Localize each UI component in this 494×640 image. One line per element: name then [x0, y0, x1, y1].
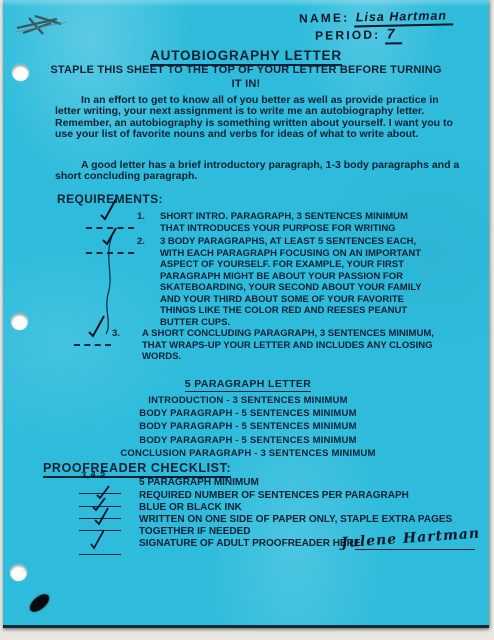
fill-in-blank: [79, 508, 121, 519]
period-value: 7: [385, 25, 402, 44]
fill-in-blank: [79, 544, 121, 555]
checklist-heading: PROOFREADER CHECKLIST:: [43, 461, 231, 478]
name-value: Lisa Hartman: [354, 8, 454, 27]
requirement-item-2: 2. 3 BODY PARAGRAPHS, AT LEAST 5 SENTENC…: [3, 236, 489, 248]
item-number: 2.: [137, 236, 145, 247]
five-paragraph-heading: 5 PARAGRAPH LETTER: [23, 378, 473, 392]
item-text: SHORT INTRO. PARAGRAPH, 3 SENTENCES MINI…: [160, 211, 432, 234]
fill-in-blank: [86, 242, 134, 254]
staple-mark-icon: [13, 12, 71, 45]
fill-in-blank: [79, 483, 121, 494]
item-text: 3 BODY PARAGRAPHS, AT LEAST 5 SENTENCES …: [160, 236, 432, 328]
item-text: BLUE OR BLACK INK: [139, 502, 469, 514]
name-label: NAME:: [299, 11, 350, 26]
name-row: NAME: Lisa Hartman: [299, 6, 453, 27]
period-row: PERIOD: 7: [315, 25, 402, 45]
blue-paper-sheet: NAME: Lisa Hartman PERIOD: 7 AUTOBIOGRAP…: [3, 0, 489, 628]
requirement-item-3: 3. A SHORT CONCLUDING PARAGRAPH, 3 SENTE…: [3, 328, 489, 340]
intro-paragraph-2: A good letter has a brief introductory p…: [55, 160, 461, 183]
handwritten-annotation: 3,4,5: [81, 468, 107, 480]
item-number: 3.: [112, 328, 120, 339]
item-number: 1.: [137, 211, 145, 222]
structure-line: BODY PARAGRAPH - 5 SENTENCES MINIMUM: [23, 434, 473, 447]
scanned-assignment-sheet: { "header": { "name_label": "NAME:", "na…: [0, 0, 494, 640]
item-text: REQUIRED NUMBER OF SENTENCES PER PARAGRA…: [139, 490, 469, 502]
staple-instruction-line1: STAPLE THIS SHEET TO THE TOP OF YOUR LET…: [3, 64, 489, 78]
structure-line: INTRODUCTION - 3 SENTENCES MINIMUM: [23, 394, 473, 407]
staple-instruction-line2: IT IN!: [3, 78, 489, 92]
fill-in-blank: [74, 334, 111, 346]
five-paragraph-section: 5 PARAGRAPH LETTER INTRODUCTION - 3 SENT…: [23, 378, 473, 460]
hole-punch: [10, 564, 27, 581]
period-label: PERIOD:: [315, 28, 381, 43]
structure-line: BODY PARAGRAPH - 5 SENTENCES MINIMUM: [23, 420, 473, 433]
item-text: A SHORT CONCLUDING PARAGRAPH, 3 SENTENCE…: [142, 328, 442, 363]
staple-instruction: STAPLE THIS SHEET TO THE TOP OF YOUR LET…: [3, 64, 489, 91]
fill-in-blank: [86, 217, 134, 229]
requirements-heading: REQUIREMENTS:: [57, 192, 163, 206]
fill-in-blank: [79, 496, 121, 507]
fill-in-blank: [79, 520, 121, 531]
structure-line: BODY PARAGRAPH - 5 SENTENCES MINIMUM: [23, 407, 473, 420]
item-text: 5 PARAGRAPH MINIMUM: [139, 477, 469, 489]
structure-line: CONCLUSION PARAGRAPH - 3 SENTENCES MINIM…: [23, 447, 473, 460]
ink-blot: [27, 591, 52, 615]
requirement-item-1: 1. SHORT INTRO. PARAGRAPH, 3 SENTENCES M…: [3, 211, 489, 223]
intro-paragraph-1: In an effort to get to know all of you b…: [55, 95, 461, 141]
